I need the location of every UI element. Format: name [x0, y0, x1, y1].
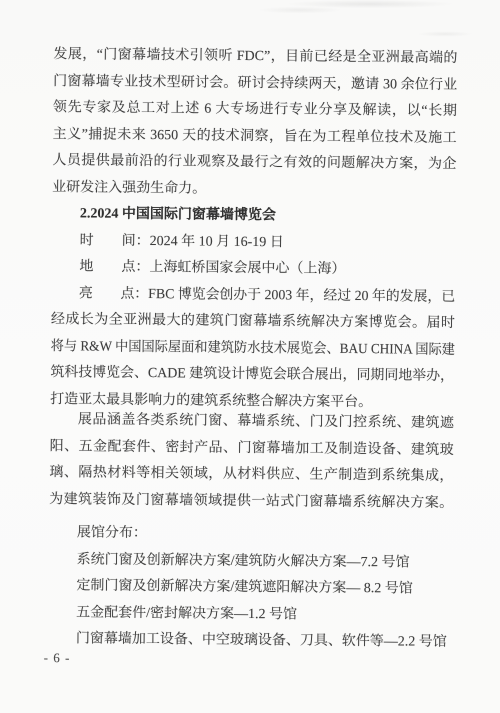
exhibits-line: 展品涵盖各类系统门窗、幕墙系统、门及门控系统、建筑遮 [50, 407, 454, 437]
intro-line: 主义”捕捉未来 3650 天的技术洞察，旨在为工程单位技术及施工 [53, 122, 457, 152]
highlight-line: 亮 点：FBC 博览会创办于 2003 年，经过 20 年的发展，已 [51, 281, 451, 311]
highlight-line: 将与 R&W 中国国际屋面和建筑防水技术展览会、BAU CHINA 国际建 [51, 334, 433, 364]
intro-line: 业研发注入强劲生命力。 [52, 175, 456, 205]
intro-line: 门窗幕墙专业技术型研讨会。研讨会持续两天，邀请 30 余位行业 [53, 69, 457, 99]
exhibits-line: 为建筑装饰及门窗幕墙领域提供一站式门窗幕墙系统解决方案。 [49, 487, 453, 517]
hall-line: 门窗幕墙加工设备、中空玻璃设备、刀具、软件等—2.2 号馆 [48, 626, 452, 656]
hall-line: 定制门窗及创新解决方案/建筑遮阳解决方案— 8.2 号馆 [48, 573, 452, 603]
info-line-place: 地 点：上海虹桥国家会展中心（上海） [51, 254, 455, 284]
exhibits-line: 阳、五金配套件、密封产品、门窗幕墙加工及制造设备、建筑玻 [50, 434, 454, 464]
intro-line: 发展，“门窗幕墙技术引领听 FDC”，目前已经是全亚洲最高端的 [53, 42, 457, 72]
section-heading: 2.2024 中国国际门窗幕墙博览会 [52, 201, 456, 231]
hall-heading: 展馆分布： [49, 520, 453, 550]
highlight-line: 筑科技博览会、CADE 建筑设计博览会联合展出，同期同地举办， [50, 360, 452, 390]
info-line-time: 时 间：2024 年 10 月 16-19 日 [52, 228, 456, 258]
document-page: 发展，“门窗幕墙技术引领听 FDC”，目前已经是全亚洲最高端的 门窗幕墙专业技术… [0, 0, 500, 713]
intro-line: 领先专家及总工对上述 6 大专场进行专业分享及解读，以“长期 [53, 95, 457, 125]
document-body: 发展，“门窗幕墙技术引领听 FDC”，目前已经是全亚洲最高端的 门窗幕墙专业技术… [48, 42, 458, 656]
exhibits-line: 璃、隔热材料等相关领域，从材料供应、生产制造到系统集成， [49, 460, 453, 490]
page-number: - 6 - [44, 650, 71, 666]
hall-line: 系统门窗及创新解决方案/建筑防火解决方案—7.2 号馆 [48, 547, 452, 577]
highlight-line: 经成长为全亚洲最大的建筑门窗幕墙系统解决方案博览会。届时 [51, 307, 455, 337]
hall-line: 五金配套件/密封解决方案—1.2 号馆 [48, 600, 452, 630]
intro-line: 人员提供最前沿的行业观察及最行之有效的问题解决方案，为企 [52, 148, 456, 178]
